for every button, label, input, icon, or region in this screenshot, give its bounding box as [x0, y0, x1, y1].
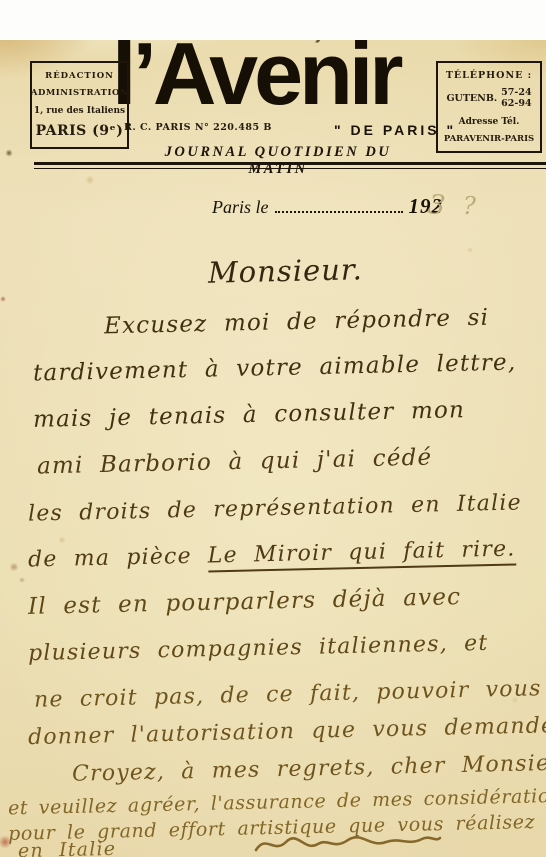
- redaction-label: RÉDACTION: [45, 71, 114, 81]
- handwritten-line: plusieurs compagnies italiennes, et: [28, 631, 489, 666]
- date-line: Paris le 192: [212, 194, 443, 219]
- administration-label: ADMINISTRATION: [31, 88, 128, 98]
- handwritten-line: ne croit pas, de ce fait, pouvoir vous: [34, 676, 542, 713]
- telephone-label: TÉLÉPHONE :: [446, 70, 532, 81]
- handwritten-line: donner l'autorisation que vous demandez: [28, 713, 546, 750]
- divider-rule-thick: [34, 162, 546, 165]
- handwritten-line: en Italie: [18, 838, 117, 857]
- date-prefix: Paris le: [212, 197, 269, 217]
- paper-sheet: l’Avenir RÉDACTION ADMINISTRATION 1, rue…: [0, 0, 546, 857]
- pencil-question-mark: ?: [463, 192, 476, 220]
- divider-rule-thin: [34, 168, 546, 169]
- handwritten-line: Croyez, à mes regrets, cher Monsieur,: [72, 750, 546, 787]
- of-paris-label: " DE PARIS ": [334, 122, 456, 138]
- handwritten-line: les droits de représentation en Italie: [28, 490, 522, 526]
- exchange-name: GUTENB.: [446, 93, 497, 104]
- city-label: PARIS (9ᵉ): [36, 123, 124, 139]
- salutation: Monsieur.: [208, 252, 363, 290]
- scanned-letter-page: l’Avenir RÉDACTION ADMINISTRATION 1, rue…: [0, 0, 546, 857]
- signature-scrawl: [252, 828, 442, 857]
- telegraph-address: PARAVENIR-PARIS: [444, 134, 534, 144]
- newspaper-tagline: JOURNAL QUOTIDIEN DU MATIN: [133, 144, 423, 178]
- phone-numbers: 57-24 62-94: [501, 88, 531, 109]
- pencil-year-digit: 3: [426, 189, 446, 222]
- newspaper-masthead-title: l’Avenir: [112, 30, 400, 118]
- handwritten-line: Excusez moi de répondre si: [104, 305, 490, 340]
- handwritten-line: ami Barborio à qui j'ai cédé: [37, 445, 433, 480]
- street-address: 1, rue des Italiens: [34, 106, 125, 116]
- registration-number: R. C. PARIS N° 220.485 B: [124, 122, 272, 133]
- torn-paper-edge: [0, 0, 546, 40]
- line-prefix: de ma pièce: [28, 544, 192, 573]
- handwritten-line: Il est en pourparlers déjà avec: [28, 584, 462, 620]
- letterhead-phone-box: TÉLÉPHONE : GUTENB. 57-24 62-94 Adresse …: [436, 61, 542, 153]
- telephone-numbers-row: GUTENB. 57-24 62-94: [446, 88, 531, 109]
- handwritten-line: mais je tenais à consulter mon: [33, 397, 466, 433]
- date-fill-line: [275, 197, 403, 213]
- handwritten-line: de ma pièceLe Miroir qui fait rire.: [28, 536, 516, 572]
- telegraph-address-label: Adresse Tél.: [459, 117, 520, 127]
- handwritten-line: tardivement à votre aimable lettre,: [33, 350, 517, 387]
- underlined-play-title: Le Miroir qui fait rire.: [207, 536, 515, 572]
- phone-number-2: 62-94: [501, 99, 531, 109]
- letterhead-address-box: RÉDACTION ADMINISTRATION 1, rue des Ital…: [30, 61, 129, 149]
